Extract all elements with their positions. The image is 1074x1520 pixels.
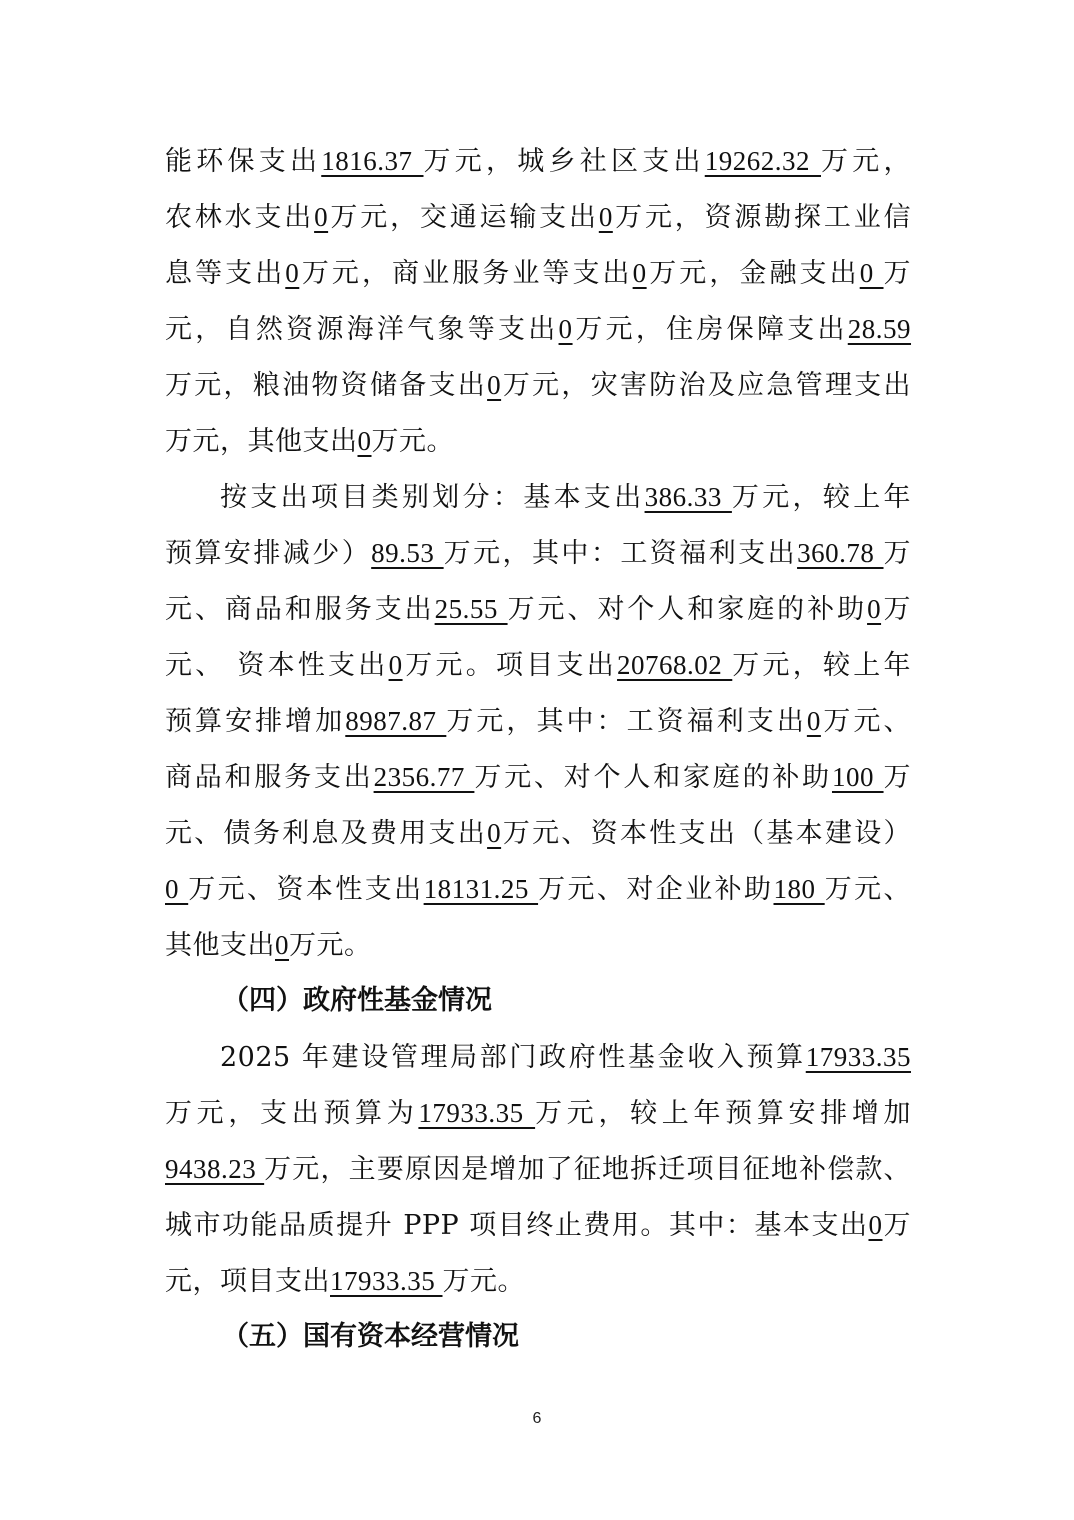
underlined-amount: 89.53 (371, 538, 443, 568)
underlined-amount: 28.59 (848, 314, 911, 344)
underlined-amount: 0 (389, 650, 403, 680)
underlined-amount: 0 (358, 426, 372, 456)
underlined-amount: 0 (275, 930, 289, 960)
underlined-amount: 360.78 (797, 538, 883, 568)
text-segment: 万元，城乡社区支出 (424, 146, 705, 177)
underlined-amount: 25.55 (435, 594, 508, 624)
page-number: 6 (0, 1410, 1074, 1428)
underlined-amount: 17933.35 (806, 1042, 911, 1072)
text-segment: 万元，交通运输支出 (328, 202, 599, 233)
text-line: 元、债务利息及费用支出0万元、资本性支出（基本建设） (165, 813, 911, 853)
underlined-amount: 2356.77 (374, 762, 475, 792)
underlined-amount: 0 (868, 1210, 882, 1240)
text-line: 万元，支出预算为17933.35 万元，较上年预算安排增加 (165, 1093, 911, 1133)
text-segment: 万元。 (443, 1266, 526, 1297)
text-line: 息等支出0万元，商业服务业等支出0万元，金融支出0 万 (165, 253, 911, 293)
text-segment: 预算安排增加 (165, 706, 345, 737)
text-line: 元，项目支出17933.35 万元。 (165, 1261, 911, 1301)
text-segment: 万元，商业服务业等支出 (299, 258, 632, 289)
text-segment: 万元，资源勘探工业信 (613, 202, 911, 233)
text-segment: 万元，灾害防治及应急管理支出 (501, 370, 911, 401)
underlined-amount: 20768.02 (617, 650, 732, 680)
text-line: 0 万元、资本性支出18131.25 万元、对企业补助180 万元、 (165, 869, 911, 909)
underlined-amount: 0 (165, 874, 188, 904)
text-segment: 万 (884, 538, 912, 569)
text-segment: 元，项目支出 (165, 1266, 330, 1297)
underlined-amount: 0 (867, 594, 881, 624)
underlined-amount: 0 (860, 258, 884, 288)
text-segment: 万 (882, 1210, 911, 1241)
text-segment: 城市功能品质提升 PPP 项目终止费用。其中：基本支出 (165, 1210, 868, 1241)
text-line: 万元，粮油物资储备支出0万元，灾害防治及应急管理支出 (165, 365, 911, 405)
underlined-amount: 1816.37 (321, 146, 423, 176)
text-segment: 元、债务利息及费用支出 (165, 818, 487, 849)
text-segment: 万元、对个人和家庭的补助 (508, 594, 867, 625)
text-segment: 万元，粮油物资储备支出 (165, 370, 487, 401)
underlined-amount: 0 (314, 202, 328, 232)
text-segment: 万元，其中：工资福利支出 (444, 538, 797, 569)
text-line: 预算安排减少）89.53 万元，其中：工资福利支出360.78 万 (165, 533, 911, 573)
text-segment: 万元、对企业补助 (538, 874, 773, 905)
text-line: 商品和服务支出2356.77 万元、对个人和家庭的补助100 万 (165, 757, 911, 797)
text-segment: 其他支出 (165, 930, 275, 961)
text-segment: 元，自然资源海洋气象等支出 (165, 314, 559, 345)
text-segment: 能环保支出 (165, 146, 321, 177)
text-line: 元，自然资源海洋气象等支出0万元，住房保障支出28.59 (165, 309, 911, 349)
text-segment: 元、商品和服务支出 (165, 594, 435, 625)
text-line: 元、商品和服务支出25.55 万元、对个人和家庭的补助0万 (165, 589, 911, 629)
text-segment: 万元，其中：工资福利支出 (446, 706, 807, 737)
text-line: 其他支出0万元。 (165, 925, 911, 965)
text-segment: 万元、资本性支出 (188, 874, 423, 905)
text-segment: 万元、 (825, 874, 911, 905)
text-segment: 万元，较上年 (732, 482, 911, 513)
text-segment: 万元、 (821, 706, 911, 737)
text-line: 万元，其他支出0万元。 (165, 421, 911, 461)
text-segment: 万元、资本性支出（基本建设） (501, 818, 911, 849)
text-segment: 万元，住房保障支出 (573, 314, 848, 345)
text-segment: 预算安排减少） (165, 538, 371, 569)
text-segment: 2025 年建设管理局部门政府性基金收入预算 (220, 1042, 806, 1073)
text-segment: 息等支出 (165, 258, 285, 289)
section-heading: （四）政府性基金情况 (222, 981, 492, 1021)
text-segment: 万元，较上年预算安排增加 (535, 1098, 911, 1129)
underlined-amount: 0 (559, 314, 573, 344)
text-line: 9438.23 万元，主要原因是增加了征地拆迁项目征地补偿款、 (165, 1149, 911, 1189)
underlined-amount: 0 (487, 370, 501, 400)
document-page: 能环保支出1816.37 万元，城乡社区支出19262.32 万元，农林水支出0… (0, 0, 1074, 1520)
text-line: 能环保支出1816.37 万元，城乡社区支出19262.32 万元， (165, 141, 911, 181)
text-segment: 农林水支出 (165, 202, 314, 233)
text-line: 元、 资本性支出0万元。项目支出20768.02 万元，较上年 (165, 645, 911, 685)
underlined-amount: 0 (285, 258, 299, 288)
text-segment: 万元，其他支出 (165, 426, 358, 457)
text-line: 城市功能品质提升 PPP 项目终止费用。其中：基本支出0万 (165, 1205, 911, 1245)
underlined-amount: 0 (633, 258, 647, 288)
text-segment: 商品和服务支出 (165, 762, 374, 793)
text-segment: 万元。 (372, 426, 455, 457)
underlined-amount: 0 (487, 818, 501, 848)
text-line: 2025 年建设管理局部门政府性基金收入预算17933.35 (220, 1037, 911, 1077)
text-segment: 万元，主要原因是增加了征地拆迁项目征地补偿款、 (264, 1154, 911, 1185)
underlined-amount: 19262.32 (705, 146, 821, 176)
text-segment: 万元， (821, 146, 911, 177)
text-line: 农林水支出0万元，交通运输支出0万元，资源勘探工业信 (165, 197, 911, 237)
text-segment: 万元，支出预算为 (165, 1098, 418, 1129)
underlined-amount: 8987.87 (345, 706, 446, 736)
underlined-amount: 9438.23 (165, 1154, 264, 1184)
text-segment: 按支出项目类别划分：基本支出 (220, 482, 645, 513)
text-segment: 万 (881, 594, 911, 625)
text-segment: 万元。项目支出 (403, 650, 617, 681)
text-segment: 万元，较上年 (732, 650, 911, 681)
underlined-amount: 386.33 (645, 482, 732, 512)
underlined-amount: 180 (774, 874, 825, 904)
underlined-amount: 18131.25 (424, 874, 538, 904)
text-segment: 元、 资本性支出 (165, 650, 389, 681)
text-line: 按支出项目类别划分：基本支出386.33 万元，较上年 (220, 477, 911, 517)
underlined-amount: 0 (599, 202, 613, 232)
text-segment: 万元、对个人和家庭的补助 (474, 762, 832, 793)
underlined-amount: 0 (807, 706, 821, 736)
section-heading: （五）国有资本经营情况 (222, 1317, 519, 1357)
underlined-amount: 17933.35 (330, 1266, 443, 1296)
text-segment: 万 (884, 258, 912, 289)
text-segment: 万元。 (289, 930, 372, 961)
text-segment: 万 (884, 762, 912, 793)
underlined-amount: 17933.35 (418, 1098, 535, 1128)
text-segment: 万元，金融支出 (647, 258, 860, 289)
underlined-amount: 100 (832, 762, 884, 792)
text-line: 预算安排增加8987.87 万元，其中：工资福利支出0万元、 (165, 701, 911, 741)
